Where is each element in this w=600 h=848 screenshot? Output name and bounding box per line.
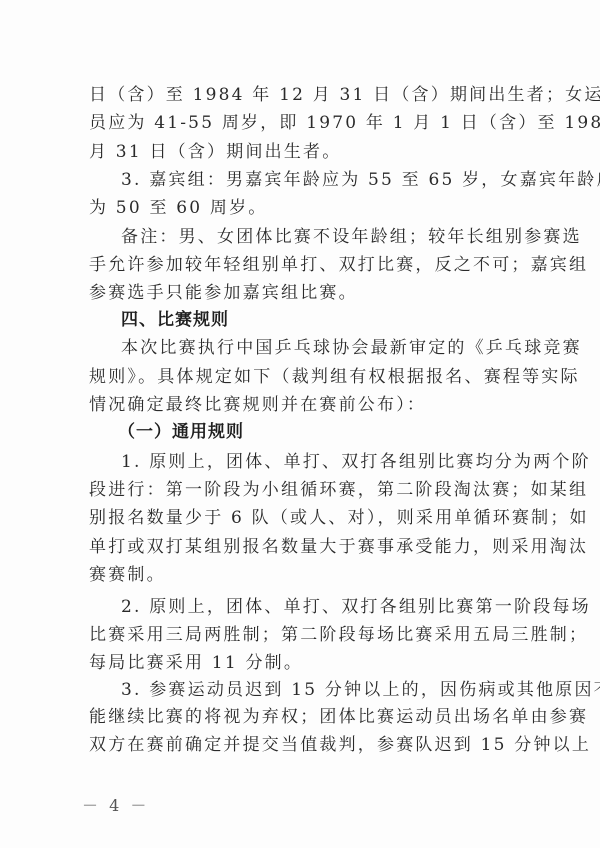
text-line: 2. 原则上，团体、单打、双打各组别比赛第一阶段每场 <box>121 597 511 617</box>
text-line: 手允许参加较年轻组别单打、双打比赛，反之不可；嘉宾组 <box>89 255 511 275</box>
page-number: － 4 － <box>82 793 149 816</box>
text-line: 赛赛制。 <box>89 565 511 585</box>
text-line: 别报名数量少于 6 队（或人、对），则采用单循环赛制；如 <box>89 508 511 528</box>
text-line: 为 50 至 60 周岁。 <box>89 198 511 218</box>
text-line: 规则》。具体规定如下（裁判组有权根据报名、赛程等实际 <box>89 367 511 387</box>
section-heading: 四、比赛规则 <box>121 310 229 330</box>
text-line: 员应为 41-55 周岁，即 1970 年 1 月 1 日（含）至 1984 年… <box>89 113 511 133</box>
document-page: 日（含）至 1984 年 12 月 31 日（含）期间出生者；女运动 员应为 4… <box>0 0 600 848</box>
text-line: 3. 嘉宾组：男嘉宾年龄应为 55 至 65 岁，女嘉宾年龄应 <box>121 170 511 190</box>
text-line: 情况确定最终比赛规则并在赛前公布）： <box>89 395 511 415</box>
text-line: 日（含）至 1984 年 12 月 31 日（含）期间出生者；女运动 <box>89 85 511 105</box>
subsection-heading: （一）通用规则 <box>118 422 244 442</box>
text-line: 月 31 日（含）期间出生者。 <box>89 142 511 162</box>
text-line: 3. 参赛运动员迟到 15 分钟以上的，因伤病或其他原因不 <box>121 680 511 700</box>
text-line: 比赛采用三局两胜制；第二阶段每场比赛采用五局三胜制； <box>89 625 511 645</box>
text-line: 能继续比赛的将视为弃权；团体比赛运动员出场名单由参赛 <box>89 707 511 727</box>
text-line: 本次比赛执行中国乒乓球协会最新审定的《乒乓球竞赛 <box>121 338 511 358</box>
text-line: 1. 原则上，团体、单打、双打各组别比赛均分为两个阶 <box>121 452 511 472</box>
text-line: 每局比赛采用 11 分制。 <box>89 653 511 673</box>
text-line: 备注：男、女团体比赛不设年龄组；较年长组别参赛选 <box>121 227 511 247</box>
text-line: 双方在赛前确定并提交当值裁判，参赛队迟到 15 分钟以上 <box>89 735 511 755</box>
text-line: 单打或双打某组别报名数量大于赛事承受能力，则采用淘汰 <box>89 537 511 557</box>
text-line: 段进行：第一阶段为小组循环赛，第二阶段淘汰赛；如某组 <box>89 480 511 500</box>
text-line: 参赛选手只能参加嘉宾组比赛。 <box>89 283 511 303</box>
